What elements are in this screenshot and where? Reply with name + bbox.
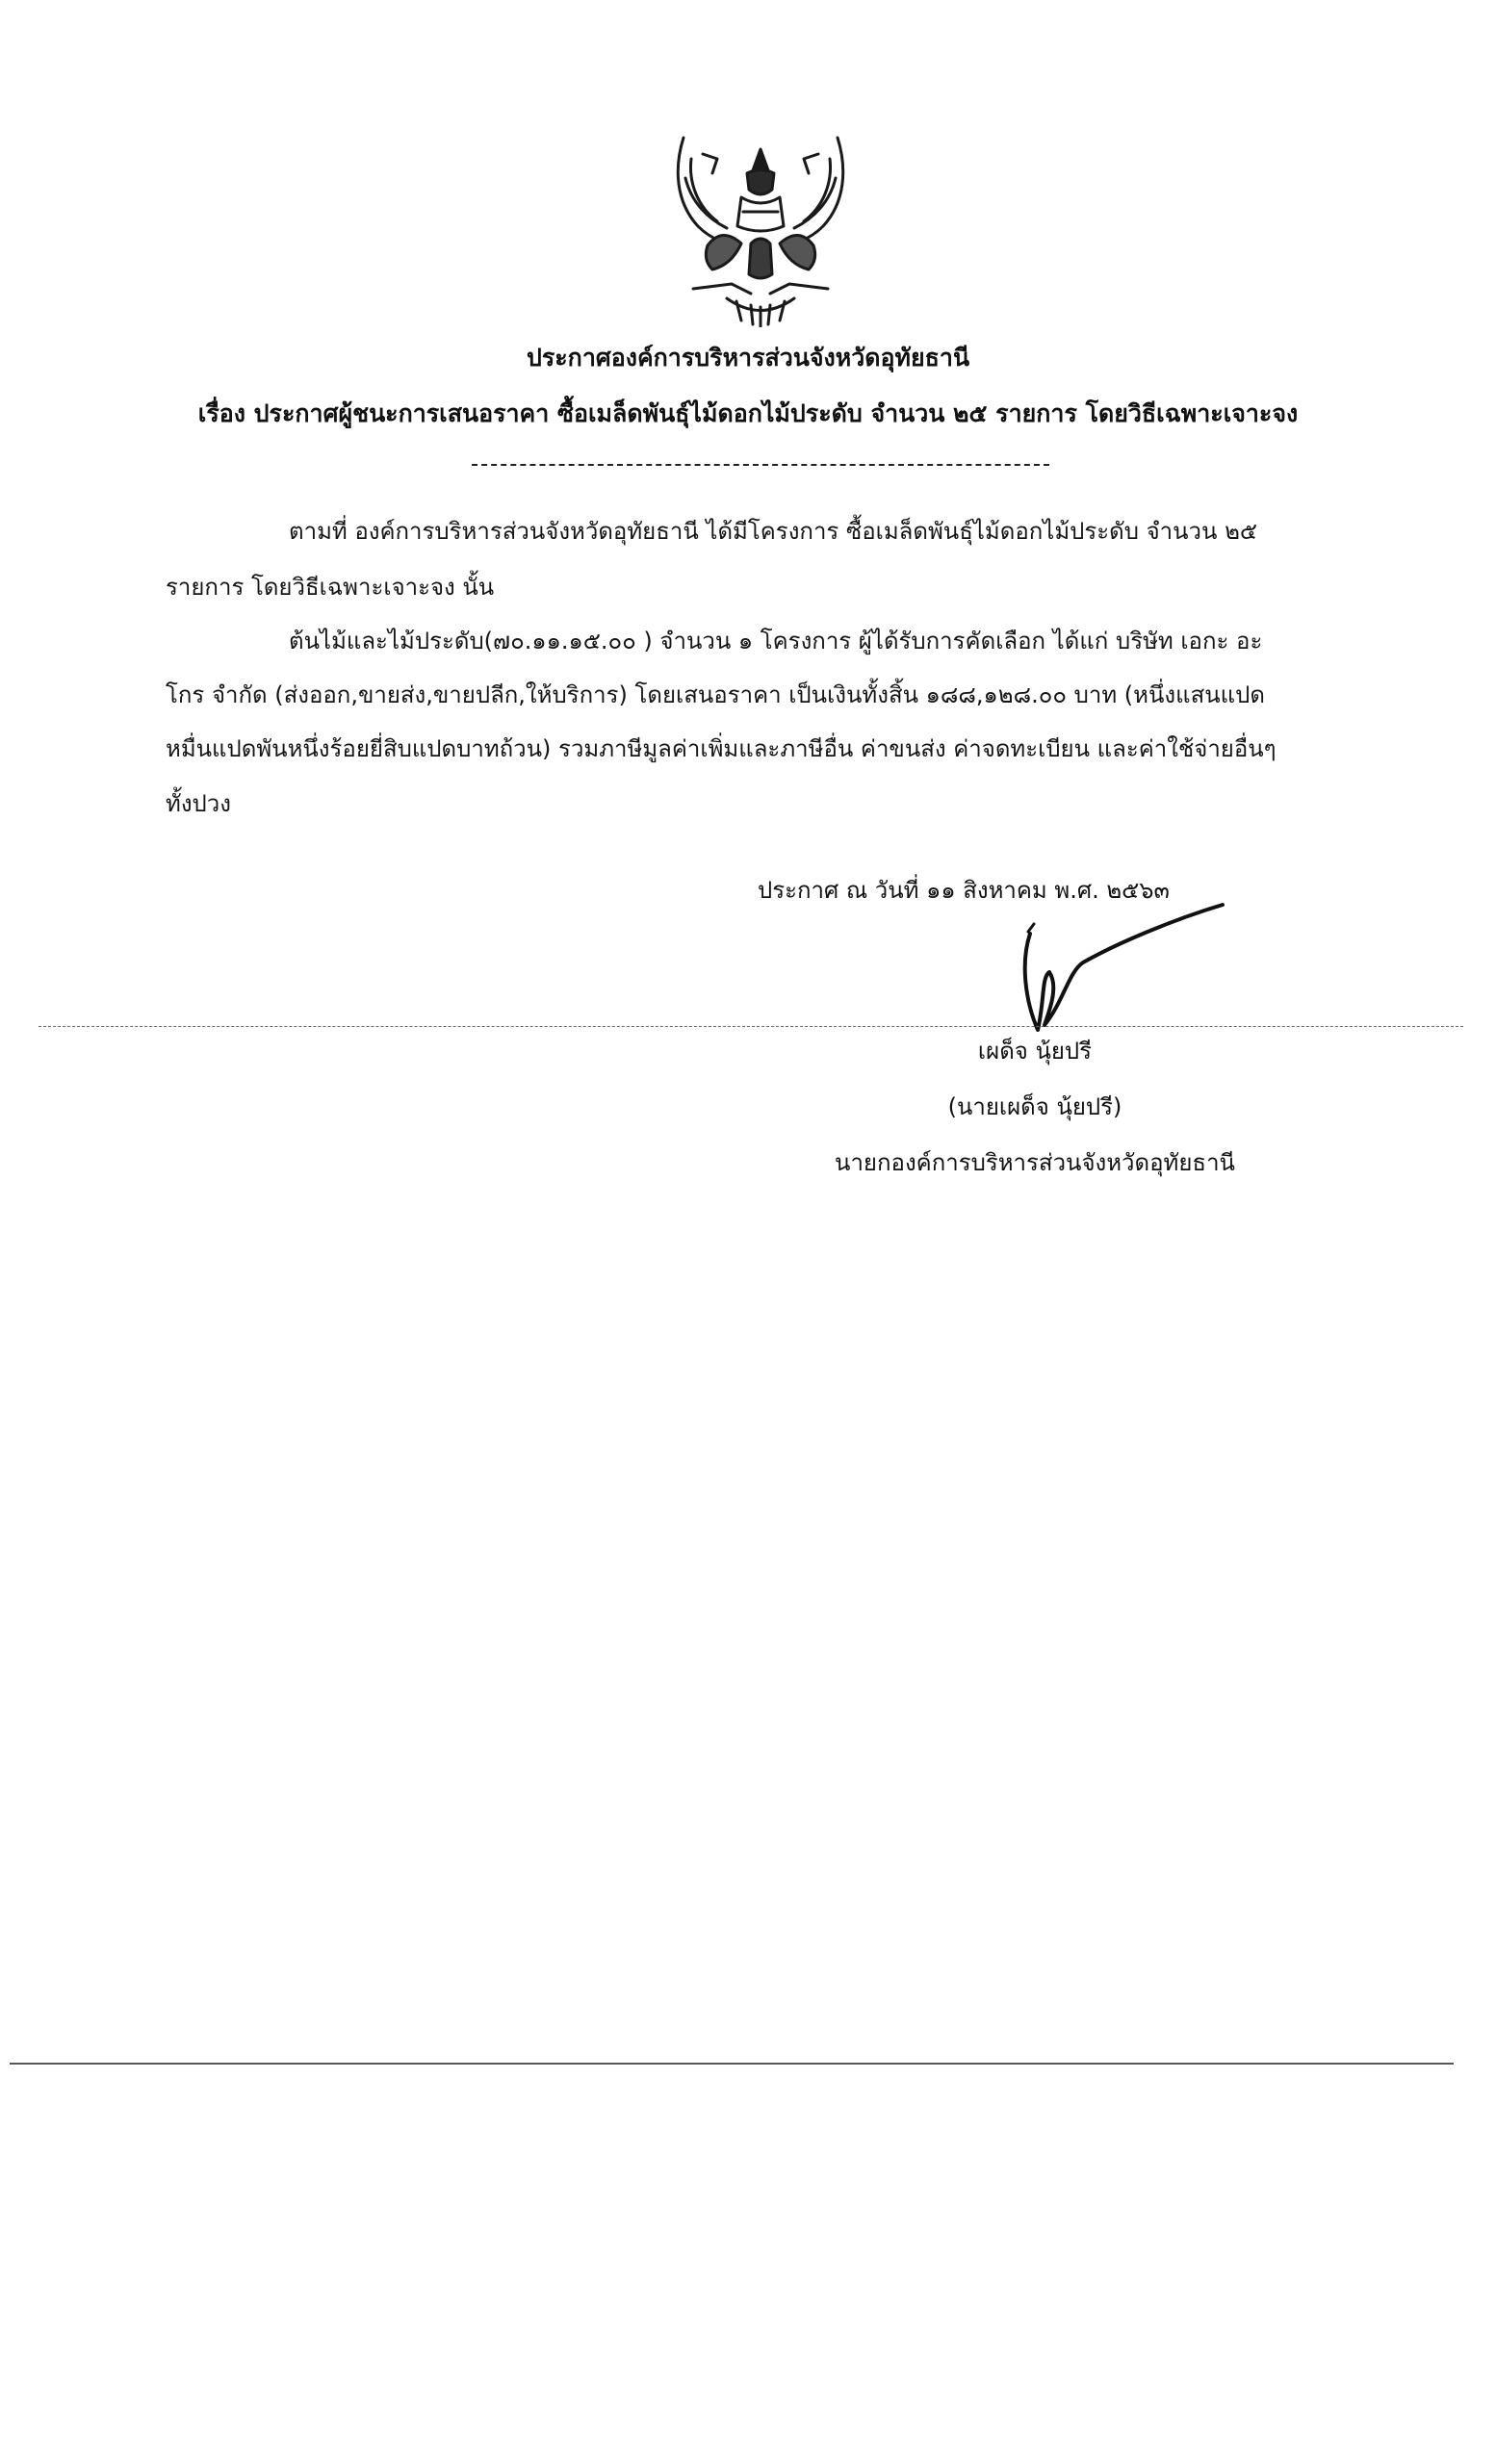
body-line-4: โกร จำกัด (ส่งออก,ขายส่ง,ขายปลีก,ให้บริก… — [166, 676, 1265, 713]
document-subject: เรื่อง ประกาศผู้ชนะการเสนอราคา ซื้อเมล็ด… — [0, 395, 1496, 433]
title-separator — [472, 464, 1049, 466]
scan-artifact-line — [10, 2063, 1454, 2065]
scan-artifact-line — [39, 1026, 1463, 1027]
document-title: ประกาศองค์การบริหารส่วนจังหวัดอุทัยธานี — [0, 339, 1496, 377]
body-line-1: ตามที่ องค์การบริหารส่วนจังหวัดอุทัยธานี… — [289, 512, 1257, 550]
body-line-3: ต้นไม้และไม้ประดับ(๗๐.๑๑.๑๕.๐๐ ) จำนวน ๑… — [289, 622, 1262, 659]
body-line-5: หมื่นแปดพันหนึ่งร้อยยี่สิบแปดบาทถ้วน) รว… — [166, 730, 1277, 767]
body-line-6: ทั้งปวง — [166, 784, 231, 822]
handwritten-signature-icon — [992, 895, 1242, 1039]
signatory-full-name: (นายเผด็จ นุ้ยปรี) — [770, 1088, 1300, 1125]
garuda-emblem-icon — [664, 130, 857, 327]
signatory-position: นายกองค์การบริหารส่วนจังหวัดอุทัยธานี — [770, 1143, 1300, 1181]
signatory-name: เผด็จ นุ้ยปรี — [770, 1032, 1300, 1069]
body-line-2: รายการ โดยวิธีเฉพาะเจาะจง นั้น — [166, 568, 494, 605]
document-page: ประกาศองค์การบริหารส่วนจังหวัดอุทัยธานี … — [0, 0, 1496, 2464]
